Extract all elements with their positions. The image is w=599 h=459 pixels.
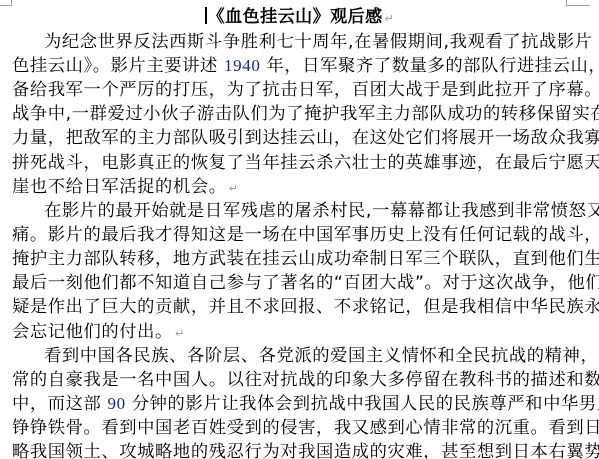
text-line: 会忘记他们的付出。↵: [12, 321, 572, 345]
text-line: 拼死战斗，电影真正的恢复了当年挂云杀六壮士的英雄事迹，在最后宁愿天下悬: [12, 152, 572, 174]
text-line: 力量，把敌军的主力部队吸引到达挂云山，在这处它们将展开一场敌众我寡的殊: [12, 127, 572, 149]
text-line: 常的自豪我是一名中国人。以往对抗战的印象大多停留在教科书的描述和数字: [12, 369, 572, 391]
paragraph-mark-icon: ↵: [385, 12, 395, 25]
text-line: 崖也不给日军活捉的机会。↵: [12, 176, 572, 200]
number-text: 90: [108, 394, 126, 413]
text-line: 备给我军一个严厉的打压，为了抗击日军，百团大战于是到此拉开了序幕。而在: [12, 79, 572, 101]
text-line: 疑是作出了巨大的贡献，并且不求回报、不求铭记，但是我相信中华民族永远不: [12, 296, 572, 318]
text-line: 在影片的最开始就是日军残虐的屠杀村民,一幕幕都让我感到非常愤怒又心: [44, 200, 572, 222]
text-line: 战争中,一群爱过小伙子游击队们为了掩护我军主力部队成功的转移保留实在的: [12, 103, 572, 125]
text-line: 看到中国各民族、各阶层、各党派的爱国主义情怀和全民抗战的精神，我非: [44, 345, 572, 367]
text-line: 最后一刻他们都不知道自己参与了著名的“百团大战”。对于这次战争，他们无: [12, 272, 572, 294]
text-line: 铮铮铁骨。看到中国老百姓受到的侵害，我又感到心情非常的沉重。看到日军侵: [12, 417, 572, 439]
text-line: 略我国领土、攻城略地的残忍行为对我国造成的灾难，甚至想到日本右翼势力歪: [12, 441, 572, 459]
text-line: 色挂云山》。影片主要讲述 1940 年，日军聚齐了数量多的部队行进挂云山，准: [12, 55, 572, 77]
document-title[interactable]: 《血色挂云山》观后感↵: [0, 6, 599, 30]
text-line: 掩护主力部队转移，地方武装在挂云山成功牵制日军三个联队，直到他们生命的: [12, 248, 572, 270]
text-line: 痛。影片的最后我才得知这是一场在中国军事历史上没有任何记载的战斗，为了: [12, 224, 572, 246]
paragraph-mark-icon: ↵: [175, 327, 185, 340]
text-cursor: [205, 7, 207, 24]
text-line: 为纪念世界反法西斯斗争胜利七十周年,在暑假期间,我观看了抗战影片《血: [44, 31, 572, 53]
paragraph-mark-icon: ↵: [229, 182, 239, 195]
title-text: 《血色挂云山》观后感: [208, 7, 383, 27]
text-line: 中，而这部 90 分钟的影片让我体会到抗战中我国人民的民族尊严和中华男儿的: [12, 393, 572, 415]
document-page[interactable]: 《血色挂云山》观后感↵ 为纪念世界反法西斯斗争胜利七十周年,在暑假期间,我观看了…: [0, 0, 599, 459]
number-text: 1940: [224, 56, 260, 75]
